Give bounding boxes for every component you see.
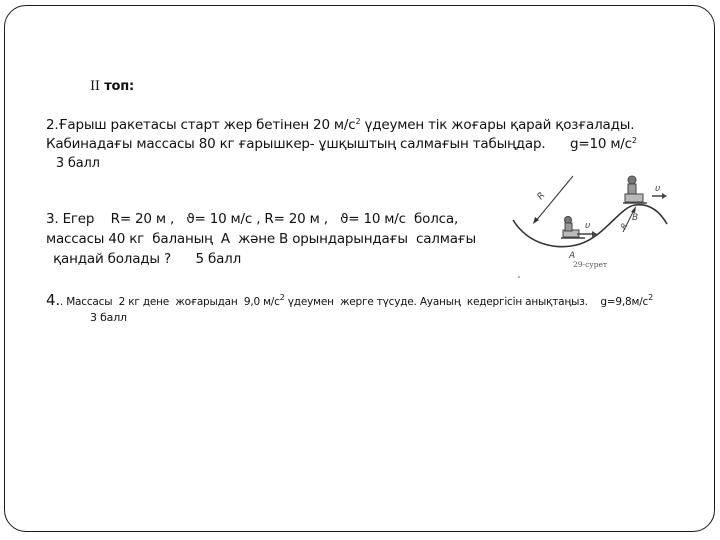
svg-text:υ: υ [655, 184, 660, 194]
point-b-label: B [632, 213, 638, 223]
decorative-dot [518, 276, 520, 278]
figure-caption: 29-сурет [573, 260, 607, 269]
superscript: 2 [648, 293, 653, 302]
problem-2-text-b: үдеумен тік жоғары қарай қозғалады. [360, 117, 634, 133]
problem-4-line-1: 4.. Массасы 2 кг дене жоғарыдан 9,0 м/с2… [46, 292, 653, 310]
problem-4-text-a: . Массасы 2 кг дене жоғарыдан 9,0 м/с [60, 296, 280, 308]
problem-4-text-b: үдеумен жерге түсуде. Ауаның кедергісін … [285, 296, 649, 308]
problem-4-number: 4. [46, 291, 60, 309]
svg-text:υ: υ [585, 221, 590, 231]
problem-2-text-c: Кабинадағы массасы 80 кг ғарышкер- ұшқыш… [46, 136, 632, 152]
problem-4-points: 3 балл [90, 310, 127, 326]
group-label: топ: [100, 79, 134, 94]
group-number: II [90, 79, 100, 94]
group-heading: II топ: [90, 79, 134, 95]
problem-3-line-3: қандай болады ? 5 балл [49, 251, 241, 267]
sled-hill-figure: R R υ υ A B [505, 172, 680, 287]
problem-2-text-a: 2.Ғарыш ракетасы старт жер бетінен 20 м/… [46, 117, 355, 133]
problem-3-line-2: массасы 40 кг баланың А және В орындарын… [46, 231, 476, 247]
problem-2-points: 3 балл [52, 156, 100, 172]
radius-label-1: R [536, 191, 548, 202]
figure-drawing: R R υ υ A B [505, 172, 680, 287]
superscript: 2 [632, 136, 637, 145]
problem-2-line-1: 2.Ғарыш ракетасы старт жер бетінен 20 м/… [46, 117, 634, 133]
sled-rider-b [623, 176, 647, 203]
problem-3-line-1: 3. Егер R= 20 м , ϑ= 10 м/с , R= 20 м , … [46, 211, 458, 227]
problem-2-line-2: Кабинадағы массасы 80 кг ғарышкер- ұшқыш… [46, 136, 637, 152]
sled-rider-a [561, 217, 585, 239]
